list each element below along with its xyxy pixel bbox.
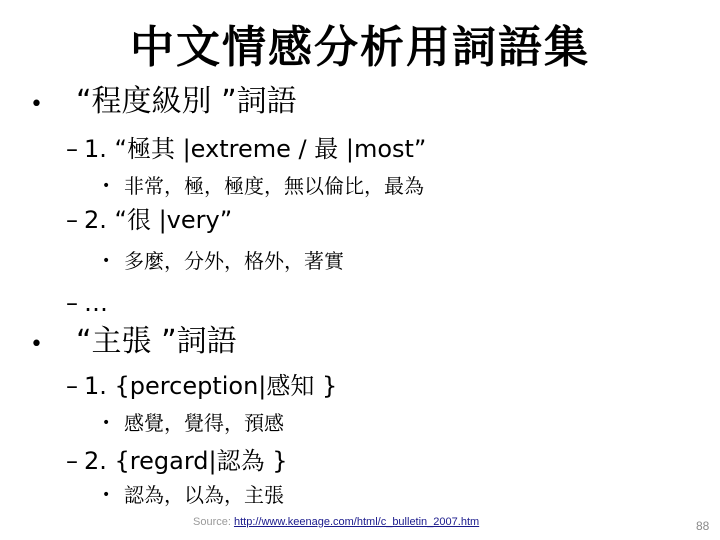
dash-icon: – xyxy=(66,446,78,476)
dash-icon: – xyxy=(66,288,78,318)
bullet-icon: • xyxy=(30,327,76,363)
bullet-icon: • xyxy=(102,410,124,436)
bullet-icon: • xyxy=(102,173,124,199)
dash-icon: – xyxy=(66,134,78,164)
example-list-extreme: •非常，極，極度，無以倫比，最為 xyxy=(102,173,424,199)
section-heading-claim-words: •“主張 ”詞語 xyxy=(30,324,237,363)
source-citation: Source: http://www.keenage.com/html/c_bu… xyxy=(193,516,479,528)
example-text: 多麼，分外，格外，著實 xyxy=(124,249,344,273)
example-text: 感覺，覺得，預感 xyxy=(124,411,284,435)
list-item-ellipsis: –… xyxy=(66,288,108,318)
list-item-label: 1. “極其 |extreme / 最 |most” xyxy=(84,135,426,163)
example-text: 非常，極，極度，無以倫比，最為 xyxy=(124,174,424,198)
example-list-very: •多麼，分外，格外，著實 xyxy=(102,248,344,274)
list-item-extreme: –1. “極其 |extreme / 最 |most” xyxy=(66,134,426,164)
source-link[interactable]: http://www.keenage.com/html/c_bulletin_2… xyxy=(234,516,479,528)
list-item-perception: –1. {perception|感知 } xyxy=(66,371,337,401)
list-item-label: … xyxy=(84,289,108,317)
example-text: 認為，以為，主張 xyxy=(124,483,284,507)
example-list-perception: •感覺，覺得，預感 xyxy=(102,410,284,436)
section-heading-text: “程度級別 ”詞語 xyxy=(76,84,297,119)
section-heading-text: “主張 ”詞語 xyxy=(76,324,237,359)
slide-title: 中文情感分析用詞語集 xyxy=(0,18,720,78)
list-item-label: 2. “很 |very” xyxy=(84,206,232,234)
list-item-very: –2. “很 |very” xyxy=(66,205,232,235)
dash-icon: – xyxy=(66,371,78,401)
bullet-icon: • xyxy=(102,248,124,274)
bullet-icon: • xyxy=(30,87,76,123)
list-item-regard: –2. {regard|認為 } xyxy=(66,446,288,476)
dash-icon: – xyxy=(66,205,78,235)
bullet-icon: • xyxy=(102,482,124,508)
list-item-label: 2. {regard|認為 } xyxy=(84,447,288,475)
list-item-label: 1. {perception|感知 } xyxy=(84,372,337,400)
example-list-regard: •認為，以為，主張 xyxy=(102,482,284,508)
section-heading-degree-words: •“程度級別 ”詞語 xyxy=(30,84,297,123)
page-number: 88 xyxy=(696,519,709,533)
source-label: Source: xyxy=(193,516,234,528)
